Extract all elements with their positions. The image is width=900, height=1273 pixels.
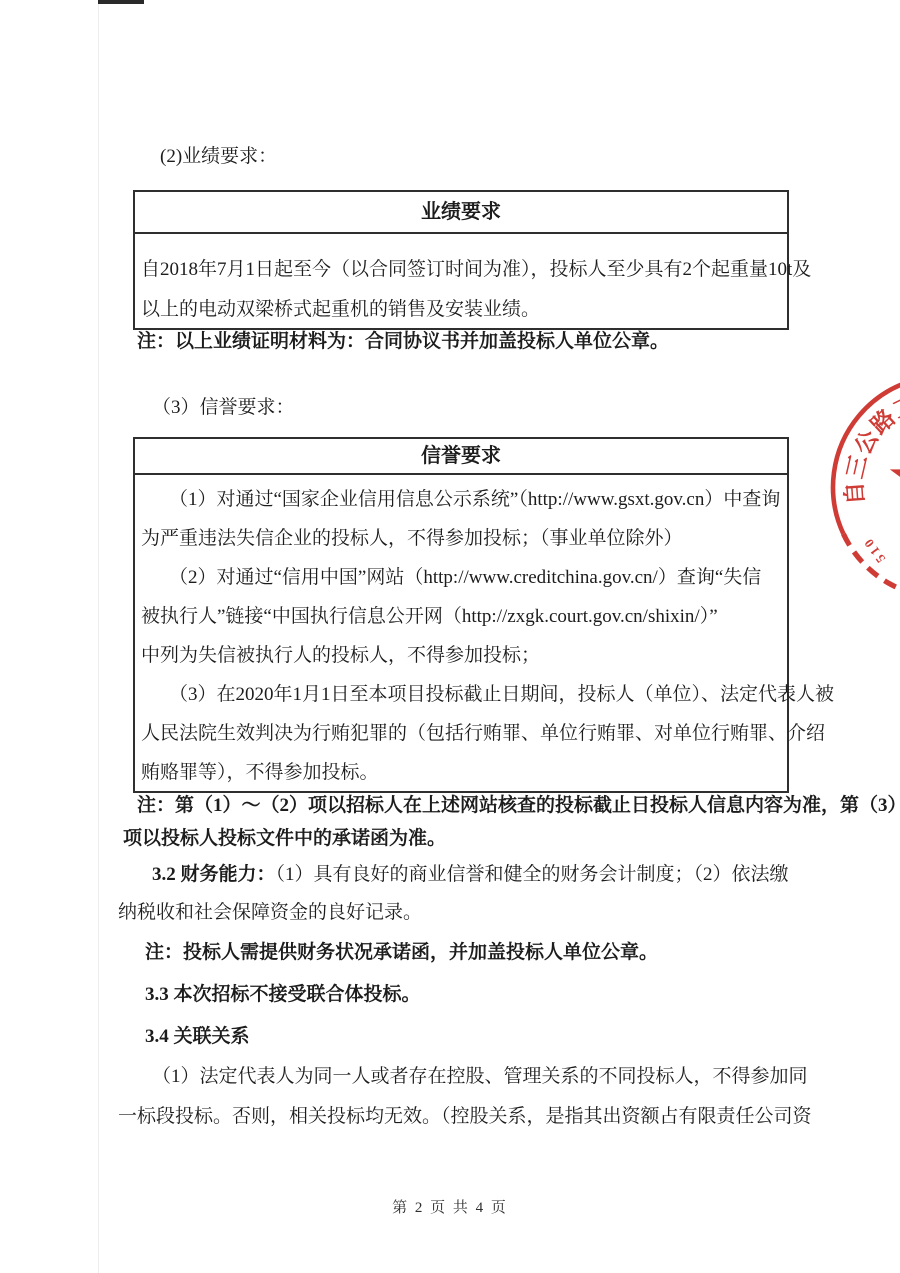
performance-body-line: 以上的电动双梁桥式起重机的销售及安装业绩。 xyxy=(141,290,781,330)
credit-item3-line: 人民法院生效判决为行贿犯罪的（包括行贿罪、单位行贿罪、对单位行贿罪、介绍 xyxy=(141,714,781,753)
credit-table: 信誉要求 （1）对通过“国家企业信用信息公示系统”（http://www.gsx… xyxy=(133,437,789,793)
financial-clause-text: （1）具有良好的商业信誉和健全的财务会计制度；（2）依法缴 xyxy=(276,864,789,885)
financial-note: 注：投标人需提供财务状况承诺函，并加盖投标人单位公章。 xyxy=(145,939,658,967)
scan-top-smudge xyxy=(98,0,144,4)
seal-arc-char: 自 xyxy=(841,481,869,506)
seal-serial-digits: 510 xyxy=(859,534,888,566)
company-seal-stamp: 工 路 公 三 自 510 xyxy=(780,355,900,635)
performance-note: 注：以上业绩证明材料为：合同协议书并加盖投标人单位公章。 xyxy=(137,328,669,356)
performance-table: 业绩要求 自2018年7月1日起至今（以合同签订时间为准），投标人至少具有2个起… xyxy=(133,190,789,330)
consortium-clause: 3.3 本次招标不接受联合体投标。 xyxy=(145,981,421,1009)
credit-item1-line: （1）对通过“国家企业信用信息公示系统”（http://www.gsxt.gov… xyxy=(141,480,781,519)
affiliation-line: （1）法定代表人为同一人或者存在控股、管理关系的不同投标人，不得参加同 xyxy=(152,1063,808,1091)
credit-item2-line: 中列为失信被执行人的投标人，不得参加投标； xyxy=(141,636,781,675)
financial-clause-line2: 纳税收和社会保障资金的良好记录。 xyxy=(118,899,422,927)
credit-item3-line: 贿赂罪等），不得参加投标。 xyxy=(141,753,781,792)
affiliation-line: 一标段投标。否则，相关投标均无效。（控股关系，是指其出资额占有限责任公司资 xyxy=(118,1103,812,1131)
scan-page-edge xyxy=(98,0,99,1273)
credit-item1-line: 为严重违法失信企业的投标人，不得参加投标；（事业单位除外） xyxy=(141,519,781,558)
credit-item3-line: （3）在2020年1月1日至本项目投标截止日期间，投标人（单位）、法定代表人被 xyxy=(141,675,781,714)
credit-table-body: （1）对通过“国家企业信用信息公示系统”（http://www.gsxt.gov… xyxy=(135,475,787,792)
credit-item2-line: （2）对通过“信用中国”网站（http://www.creditchina.go… xyxy=(141,558,781,597)
credit-table-header: 信誉要求 xyxy=(135,439,787,475)
credit-item2-line: 被执行人”链接“中国执行信息公开网（http://zxgk.court.gov.… xyxy=(141,597,781,636)
affiliation-heading: 3.4 关联关系 xyxy=(145,1023,250,1051)
financial-clause-label: 3.2 财务能力： xyxy=(152,864,276,885)
page-footer: 第 2 页 共 4 页 xyxy=(0,1196,900,1217)
scanned-tender-document-page: { "performance_section": { "heading": "(… xyxy=(0,0,900,1273)
credit-heading: （3）信誉要求： xyxy=(152,394,295,422)
performance-table-body: 自2018年7月1日起至今（以合同签订时间为准），投标人至少具有2个起重量10t… xyxy=(135,234,787,330)
seal-star-icon xyxy=(890,430,900,533)
performance-body-line: 自2018年7月1日起至今（以合同签订时间为准），投标人至少具有2个起重量10t… xyxy=(141,250,781,290)
credit-note-line: 注：第（1）～（2）项以招标人在上述网站核查的投标截止日投标人信息内容为准，第（… xyxy=(137,792,900,820)
performance-heading: (2)业绩要求： xyxy=(160,143,277,171)
financial-clause-line1: 3.2 财务能力：（1）具有良好的商业信誉和健全的财务会计制度；（2）依法缴 xyxy=(152,861,789,889)
performance-table-header: 业绩要求 xyxy=(135,192,787,234)
credit-note-line: 项以投标人投标文件中的承诺函为准。 xyxy=(123,825,446,853)
